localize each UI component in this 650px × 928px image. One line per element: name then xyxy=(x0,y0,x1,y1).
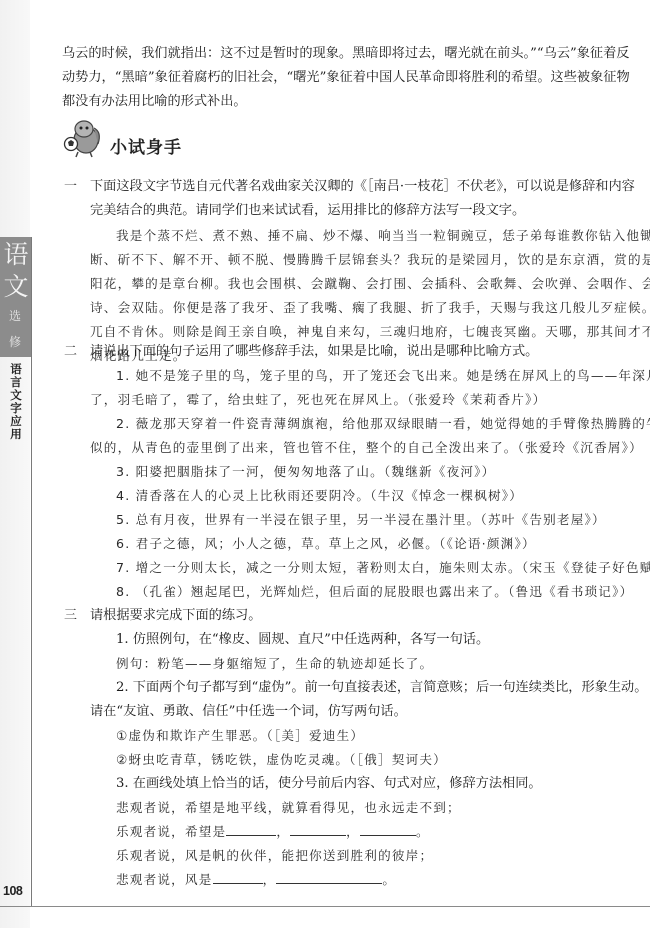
exercise-2-item-2-line-2: 似的，从青色的壶里倒了出来，管也管不住，整个的自己全泼出来了。（张爱玲《沉香屑》… xyxy=(90,436,643,460)
exercise-2-item-1-line-1: 1. 她不是笼子里的鸟，笼子里的鸟，开了笼还会飞出来。她是绣在屏风上的鸟——年深… xyxy=(116,364,650,388)
sidebar-char-xiu: 修 xyxy=(0,335,30,349)
task-3-line-2-sep-2: ， xyxy=(346,824,360,839)
task-3-line-4-prefix: 悲观者说，风是 xyxy=(116,872,213,887)
sidebar-char-xuan: 选 xyxy=(0,309,30,323)
task-3-line-4: 悲观者说，风是，。 xyxy=(116,868,396,892)
task-3-line-2-sep-1: ， xyxy=(276,824,290,839)
intro-line-1: 乌云的时候，我们就指出：这不过是暂时的现象。黑暗即将过去，曙光就在前头。”“乌云… xyxy=(62,42,630,66)
exercise-1-number: 一 xyxy=(64,175,77,199)
answer-blank-5[interactable] xyxy=(276,869,382,884)
task-3-line-2: 乐观者说，希望是，，。 xyxy=(116,820,430,844)
task-3-line-3: 乐观者说，风是帆的伙伴，能把你送到胜利的彼岸； xyxy=(116,844,433,868)
exercise-1-prompt-line-1: 下面这段文字节选自元代著名戏曲家关汉卿的《［南吕·一枝花］不伏老》，可以说是修辞… xyxy=(90,175,635,199)
sidebar-divider xyxy=(31,237,32,907)
sidebar-char-wen: 文 xyxy=(2,273,30,301)
exercise-3-number: 三 xyxy=(64,604,77,628)
task-2-quote-2: ②蚜虫吃青草，锈吃铁，虚伪吃灵魂。（［俄］契诃夫） xyxy=(116,748,447,772)
task-2-prompt-line-2: 请在“友谊、勇敢、信任”中任选一个词，仿写两句话。 xyxy=(90,700,407,724)
answer-blank-3[interactable] xyxy=(360,821,416,836)
textbook-page: 语 文 选 修 语言文字应用 108 乌云的时候，我们就指出：这不过是暂时的现象… xyxy=(0,0,650,928)
exercise-2-item-5: 5. 总有月夜，世界有一半浸在银子里，另一半浸在墨汁里。（苏叶《告别老屋》） xyxy=(116,508,606,532)
task-3-line-4-end: 。 xyxy=(382,872,396,887)
sidebar-book-label: 语言文字应用 xyxy=(8,363,24,441)
answer-blank-4[interactable] xyxy=(213,869,263,884)
sidebar-title-band: 语 文 选 修 xyxy=(0,237,31,357)
task-1-prompt: 1. 仿照例句，在“橡皮、圆规、直尺”中任选两种，各写一句话。 xyxy=(116,628,489,652)
task-1-example: 例句：粉笔——身躯缩短了，生命的轨迹却延长了。 xyxy=(116,652,433,676)
mascot-icon xyxy=(62,118,104,158)
task-2-quote-1: ①虚伪和欺诈产生罪恶。（［美］爱迪生） xyxy=(116,724,364,748)
exercise-2-item-3: 3. 阳婆把胭脂抹了一河，便匆匆地落了山。（魏继新《夜河》） xyxy=(116,460,495,484)
sidebar-char-yu: 语 xyxy=(2,241,30,269)
task-3-line-2-end: 。 xyxy=(416,824,430,839)
exercise-3-prompt: 请根据要求完成下面的练习。 xyxy=(90,604,261,628)
task-3-line-4-sep: ， xyxy=(263,872,277,887)
footer-divider xyxy=(0,906,650,907)
excerpt-line-3: 阳花，攀的是章台柳。我也会围棋、会蹴鞠、会打围、会插科、会歌舞、会吹弹、会咽作、… xyxy=(90,272,650,296)
exercise-2-item-8: 8. （孔雀）翘起尾巴，光辉灿烂，但后面的屁股眼也露出来了。（鲁迅《看书琐记》） xyxy=(116,580,633,604)
exercise-2-item-7: 7. 增之一分则太长，减之一分则太短，著粉则太白，施朱则太赤。（宋玉《登徒子好色… xyxy=(116,556,650,580)
page-number: 108 xyxy=(3,884,22,898)
task-3-prompt: 3. 在画线处填上恰当的话，使分号前后内容、句式对应，修辞方法相同。 xyxy=(116,772,542,796)
answer-blank-1[interactable] xyxy=(226,821,276,836)
exercise-2-item-6: 6. 君子之德，风；小人之德，草。草上之风，必偃。（《论语·颜渊》） xyxy=(116,532,536,556)
exercise-2-number: 二 xyxy=(64,340,77,364)
task-3-line-1: 悲观者说，希望是地平线，就算看得见，也永远走不到； xyxy=(116,796,461,820)
exercise-2-item-4: 4. 清香落在人的心灵上比秋雨还要阴冷。（牛汉《悼念一棵枫树》） xyxy=(116,484,523,508)
exercise-2-prompt: 请说出下面的句子运用了哪些修辞手法，如果是比喻，说出是哪种比喻方式。 xyxy=(90,340,538,364)
section-title: 小试身手 xyxy=(110,133,182,158)
sidebar-background xyxy=(0,0,30,928)
exercise-2-item-2-line-1: 2. 薇龙那天穿着一件瓷青薄绸旗袍，给他那双绿眼睛一看，她觉得她的手臂像热腾腾的… xyxy=(116,412,650,436)
exercise-1-prompt-line-2: 完美结合的典范。请同学们也来试试看，运用排比的修辞方法写一段文字。 xyxy=(90,199,525,223)
answer-blank-2[interactable] xyxy=(290,821,346,836)
task-3-line-2-prefix: 乐观者说，希望是 xyxy=(116,824,226,839)
task-2-prompt-line-1: 2. 下面两个句子都写到“虚伪”。前一句直接表述，言简意赅；后一句连续类比，形象… xyxy=(116,676,647,700)
intro-line-3: 都没有办法用比喻的形式补出。 xyxy=(62,90,247,114)
intro-line-2: 动势力，“黑暗”象征着腐朽的旧社会，“曙光”象征着中国人民革命即将胜利的希望。这… xyxy=(62,66,630,90)
excerpt-line-1: 我是个蒸不烂、煮不熟、捶不扁、炒不爆、响当当一粒铜豌豆，恁子弟每谁教你钻入他锄不 xyxy=(116,224,650,248)
excerpt-line-2: 断、斫不下、解不开、顿不脱、慢腾腾千层锦套头？我玩的是梁园月，饮的是东京酒，赏的… xyxy=(90,248,650,272)
exercise-2-item-1-line-2: 了，羽毛暗了，霉了，给虫蛀了，死也死在屏风上。（张爱玲《茉莉香片》） xyxy=(90,388,546,412)
excerpt-line-4: 诗、会双陆。你便是落了我牙、歪了我嘴、瘸了我腿、折了我手，天赐与我这几般儿歹症候… xyxy=(90,296,650,320)
